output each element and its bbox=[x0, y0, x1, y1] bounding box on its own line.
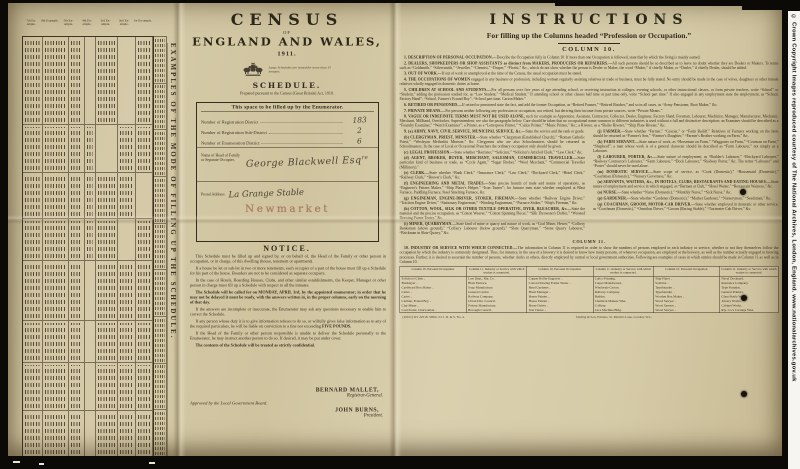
example-cell bbox=[96, 261, 118, 321]
fold-crease-horizontal bbox=[8, 215, 782, 224]
rotated-header-cell bbox=[154, 317, 166, 364]
enumerator-row-value-handwritten: 183 bbox=[352, 115, 367, 125]
enumerator-row: Number of Registration Sub-District 2 bbox=[201, 125, 374, 136]
rotated-header-cell bbox=[154, 84, 166, 131]
rotated-header-cell bbox=[154, 224, 166, 271]
example-cell bbox=[43, 173, 69, 219]
instructions-subtitle: For filling up the Columns headed “Profe… bbox=[396, 31, 782, 40]
example-cell bbox=[23, 261, 43, 321]
rotated-header-cell bbox=[154, 410, 166, 457]
example-cell bbox=[69, 321, 86, 363]
scan-speck bbox=[13, 461, 20, 463]
printer-imprint: Darling & Son, Printers, St. Martin's La… bbox=[465, 315, 779, 319]
punch-hole bbox=[741, 295, 747, 301]
instruction-subitem: (m) DOMESTIC SERVICE.—State scope of ser… bbox=[593, 169, 779, 178]
examples-panel: 7th Ex-ample.6th Example.5th Ex-ample.4t… bbox=[10, 9, 180, 456]
example-cell bbox=[23, 37, 43, 125]
instructions-title: INSTRUCTIONS bbox=[396, 12, 782, 28]
example-cell bbox=[85, 411, 95, 457]
example-cell bbox=[118, 363, 136, 411]
example-label: 5th Ex-ample. bbox=[59, 19, 78, 26]
instruction-item: 2. DEALERS, SHOPKEEPERS OR SHOP ASSISTAN… bbox=[400, 61, 779, 70]
instruction-subitem: 9. (a) ARMY, NAVY, CIVIL SERVICE, MUNICI… bbox=[400, 129, 586, 134]
rotated-header-cell bbox=[154, 270, 166, 317]
example-cell bbox=[69, 261, 86, 321]
occupation-cell: Wood Sawyer bbox=[653, 308, 719, 313]
instruction-item: 3. OUT OF WORK.—If out of work or unempl… bbox=[400, 71, 779, 76]
punch-hole bbox=[740, 189, 746, 195]
enumerator-row-value-handwritten: 6 bbox=[357, 136, 362, 145]
example-cell bbox=[69, 219, 86, 261]
fold-crease bbox=[389, 3, 402, 456]
archive-strip: © Crown Copyright Images reproduced cour… bbox=[788, 0, 800, 469]
example-label: 3rd Ex-ample. bbox=[96, 19, 115, 26]
example-cell bbox=[96, 173, 118, 219]
example-cell bbox=[136, 37, 153, 125]
census-year: 1911. bbox=[180, 50, 394, 58]
examples-header-col bbox=[153, 36, 167, 458]
notice-paragraph: The Schedule will be called for on MONDA… bbox=[190, 290, 386, 305]
rotated-header-cell bbox=[154, 130, 166, 177]
col-header-industry: Column 11. Industry or Service with whic… bbox=[593, 266, 653, 276]
table-header-row: Column 10. Personal Occupation. Column 1… bbox=[400, 266, 778, 276]
example-cell bbox=[136, 411, 153, 457]
example-cell bbox=[23, 125, 43, 173]
example-cell bbox=[118, 261, 136, 321]
instruction-item: 7. PRIVATE MEANS.—For persons neither fo… bbox=[400, 108, 779, 113]
example-cell bbox=[85, 173, 95, 219]
royal-arms-icon bbox=[242, 61, 265, 79]
rotated-header-cell bbox=[154, 37, 166, 84]
instruction-item: 8. VAGUE OR INDEFINITE TERMS MUST NOT BE… bbox=[400, 114, 779, 128]
example-cell bbox=[69, 37, 86, 125]
example-cell bbox=[118, 37, 136, 125]
example-cell bbox=[136, 363, 153, 411]
example-cell bbox=[85, 363, 95, 411]
example-cell bbox=[85, 261, 95, 321]
census-document-scan: 7th Ex-ample.6th Example.5th Ex-ample.4t… bbox=[0, 0, 800, 469]
enumerator-row-value-handwritten: 2 bbox=[357, 126, 362, 135]
document-paper: 7th Ex-ample.6th Example.5th Ex-ample.4t… bbox=[8, 3, 782, 456]
notice-text: This Schedule must be filled up and sign… bbox=[190, 254, 386, 386]
example-cell bbox=[136, 173, 153, 219]
example-cell bbox=[96, 321, 118, 363]
example-cell bbox=[23, 411, 43, 457]
rotated-header-cell bbox=[154, 364, 166, 411]
arms-note: Large Schedules are issued for more than… bbox=[269, 66, 333, 74]
example-cell bbox=[43, 219, 69, 261]
column10-heading: COLUMN 10. bbox=[396, 46, 782, 53]
example-cell bbox=[43, 411, 69, 457]
industry-cell: Lace Machine Bldg. bbox=[593, 308, 653, 313]
instruction-subitem: (e) CLERK.—State whether “Bank Clerk,” “… bbox=[400, 171, 586, 180]
instruction-subitem: (l) LABOURER, PORTER, &c.—State nature o… bbox=[593, 154, 779, 168]
scan-edge-left bbox=[0, 0, 8, 469]
example-label: 7th Ex-ample. bbox=[22, 19, 41, 26]
strip-top-cap bbox=[788, 0, 800, 11]
postal-address-handwritten: La Grange Stable bbox=[229, 187, 305, 200]
example-cell bbox=[43, 363, 69, 411]
instruction-item: 1. DESCRIPTION OF PERSONAL OCCUPATION.—D… bbox=[400, 55, 779, 60]
instruction-subitem: (j) FARMER.—State whether “Farmer,” “Gra… bbox=[593, 129, 779, 138]
examples-table bbox=[22, 36, 154, 458]
enumerator-box-header: This space to be filled up by the Enumer… bbox=[201, 105, 374, 113]
industry-cell: Rly. Co.'s Carriage Wks. bbox=[719, 308, 778, 313]
scan-edge-bottom bbox=[0, 456, 788, 469]
head-of-family-label: Name of Head of Family or Separate Occup… bbox=[201, 150, 243, 179]
enumerator-row: Number of Registration District 183 bbox=[201, 114, 374, 125]
notice-paragraph: This Schedule must be filled up and sign… bbox=[190, 254, 386, 264]
enumerator-row-label: Number of Enumeration District bbox=[201, 141, 260, 146]
example-cell bbox=[69, 125, 86, 173]
example-cell bbox=[69, 363, 86, 411]
col-header-occupation: Column 10. Personal Occupation. bbox=[653, 266, 719, 276]
example-cell bbox=[85, 219, 95, 261]
notice-paragraph: If any person whose duty it is to give i… bbox=[190, 319, 386, 329]
country-title: ENGLAND AND WALES, bbox=[180, 35, 394, 49]
example-cell bbox=[118, 219, 136, 261]
example-cell bbox=[118, 173, 136, 219]
newmarket-stamp: Newmarket bbox=[201, 203, 374, 215]
example-cell bbox=[23, 321, 43, 363]
col-header-occupation: Column 10. Personal Occupation. bbox=[400, 266, 466, 276]
postal-address-label: Postal Address bbox=[201, 192, 225, 199]
fold-crease bbox=[173, 3, 186, 456]
instruction-subitem: (d) AGENT, BROKER, BUYER, MERCHANT, SALE… bbox=[400, 156, 586, 170]
example-cell bbox=[85, 125, 95, 173]
print-code: (10011) Wt. 22518. 500m. 2/11. D. & S. N… bbox=[400, 315, 465, 319]
example-cell bbox=[118, 125, 136, 173]
occupation-cell: Coal Porter, Charwoman bbox=[400, 308, 466, 313]
example-cell bbox=[136, 125, 153, 173]
president-role: President. bbox=[190, 413, 386, 418]
col-header-industry: Column 11. Industry or Service with whic… bbox=[719, 266, 778, 276]
example-cell bbox=[23, 363, 43, 411]
enumerator-row-label: Number of Registration District bbox=[201, 120, 258, 125]
example-cell bbox=[96, 125, 118, 173]
example-cell bbox=[85, 321, 95, 363]
example-cell bbox=[96, 411, 118, 457]
instruction-item: 5. CHILDREN AT SCHOOL AND STUDENTS.—For … bbox=[400, 87, 779, 101]
head-of-family-handwritten: George Blackwell Esqre bbox=[246, 148, 375, 181]
col-header-industry: Column 11. Industry or Service with whic… bbox=[466, 266, 526, 276]
notice-paragraph: In the case of Hotels, Boarding Houses, … bbox=[190, 278, 386, 288]
examples-of-entries-table: Column 10. Personal Occupation. Column 1… bbox=[400, 266, 779, 313]
crown-copyright-text: © Crown Copyright Images reproduced cour… bbox=[791, 14, 797, 382]
instructions-body: 1. DESCRIPTION OF PERSONAL OCCUPATION.—D… bbox=[397, 55, 781, 456]
instruction-subitem: (k) FARM SERVANT.—State nature of work, … bbox=[593, 139, 779, 153]
registrar-general-role: Registrar-General. bbox=[190, 393, 386, 398]
instruction-item: 6. RETIRED OR PENSIONED.—If retired or p… bbox=[400, 102, 779, 107]
example-cell bbox=[43, 37, 69, 125]
example-cell bbox=[96, 37, 118, 125]
example-cell bbox=[69, 173, 86, 219]
box-divider bbox=[197, 181, 378, 182]
signature-block: BERNARD MALLET, Registrar-General. Appro… bbox=[190, 387, 386, 451]
example-label: 4th Ex-ample. bbox=[78, 19, 97, 26]
instruction-subitem: (g) ENGINEMAN, ENGINE-DRIVER, STOKER, FI… bbox=[400, 196, 586, 205]
notice-paragraph: If the Head of the Family or other perso… bbox=[190, 331, 386, 341]
enumerator-row-label: Number of Registration Sub-District bbox=[201, 130, 267, 135]
example-cell bbox=[118, 321, 136, 363]
instruction-subitem: (c) LEGAL PROFESSION.—State whether “Bar… bbox=[400, 150, 586, 155]
instruction-subitem: (q) COACHMAN, GROOM, MOTOR-CAR DRIVER.—S… bbox=[593, 202, 779, 211]
instruction-subitem: (o) NURSE.—State whether “Nurse (Domesti… bbox=[593, 190, 779, 195]
examples-column-labels: 7th Ex-ample.6th Example.5th Ex-ample.4t… bbox=[22, 19, 152, 35]
column11-heading: COLUMN 11. bbox=[400, 239, 779, 244]
approved-line: Approved by the Local Government Board. bbox=[190, 401, 386, 406]
example-label: 6th Example. bbox=[41, 19, 60, 26]
example-cell bbox=[43, 261, 69, 321]
example-cell bbox=[118, 411, 136, 457]
example-cell bbox=[96, 363, 118, 411]
notice-title: NOTICE. bbox=[180, 244, 394, 253]
schedule-header: OF ENGLAND AND WALES, 1911. bbox=[180, 30, 394, 102]
notice-paragraph: The contents of the Schedule will be tre… bbox=[190, 343, 386, 348]
enumerator-row: Number of Enumeration District 6 bbox=[201, 135, 374, 146]
example-cell bbox=[96, 219, 118, 261]
example-cell bbox=[85, 37, 95, 125]
example-cell bbox=[136, 219, 153, 261]
example-label: 1st Ex-ample. bbox=[133, 19, 152, 26]
dotted-leader bbox=[260, 123, 343, 124]
occupation-cell: Iron Turner bbox=[527, 308, 593, 313]
example-cell bbox=[23, 219, 43, 261]
pursuant-line: Prepared pursuant to the Census (Great B… bbox=[180, 91, 394, 96]
instruction-subitem: (b) CLERGYMAN, PRIEST, MINISTER.—State w… bbox=[400, 135, 586, 149]
instruction-subitem: (f) ENGINEERING AND METAL TRADES.—State … bbox=[400, 181, 586, 195]
instruction-item: 4. THE OCCUPATIONS OF WOMEN engaged in a… bbox=[400, 77, 779, 86]
scan-speck bbox=[39, 463, 44, 465]
example-cell bbox=[43, 125, 69, 173]
instructions-panel: INSTRUCTIONS For filling up the Columns … bbox=[396, 7, 782, 456]
scan-speck bbox=[149, 462, 155, 464]
punch-hole bbox=[741, 391, 747, 397]
census-title: CENSUS bbox=[180, 10, 394, 29]
instruction-subitem: (p) GARDENER.—State whether “Gardener (D… bbox=[593, 196, 779, 201]
notice-paragraph: If the answers are incomplete or inaccur… bbox=[190, 307, 386, 317]
example-label: 2nd Ex-ample. bbox=[115, 19, 134, 26]
schedule-panel: CENSUS OF ENGLAND AND WALES, 1911. bbox=[180, 3, 394, 456]
example-cell bbox=[136, 321, 153, 363]
dotted-leader bbox=[262, 144, 343, 145]
example-cell bbox=[136, 261, 153, 321]
example-cell bbox=[69, 411, 86, 457]
instruction-subitem: (n) SERVANTS, WAITERS, &c., IN HOTELS, C… bbox=[593, 180, 779, 189]
notice-paragraph: If a house be let or sub-let in two or m… bbox=[190, 266, 386, 276]
industry-paragraph: 10. INDUSTRY OR SERVICE WITH WHICH CONNE… bbox=[400, 246, 779, 264]
industry-cell: Borough Council. bbox=[466, 308, 526, 313]
schedule-word: SCHEDULE. bbox=[180, 81, 394, 90]
example-cell bbox=[43, 321, 69, 363]
dotted-leader bbox=[269, 133, 343, 134]
col-header-occupation: Column 10. Personal Occupation. bbox=[527, 266, 593, 276]
table-row: Coal Porter, Charwoman Borough Council. … bbox=[400, 308, 778, 313]
subtitle-rule bbox=[558, 43, 620, 45]
example-cell bbox=[23, 173, 43, 219]
